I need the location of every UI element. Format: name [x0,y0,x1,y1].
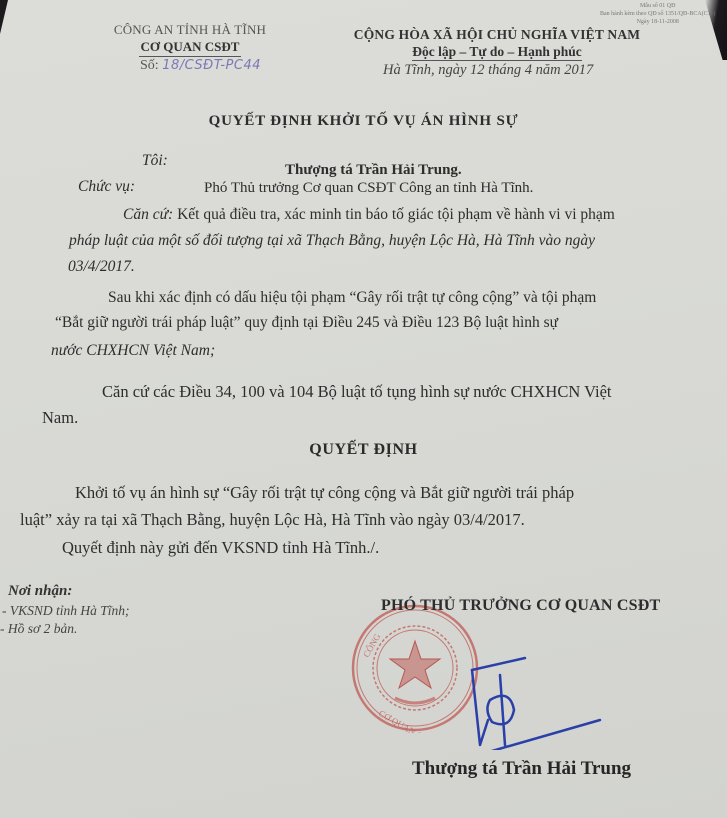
issuing-agency-block: CÔNG AN TỈNH HÀ TĨNH CƠ QUAN CSĐT [92,22,288,57]
basis-2-line: nước CHXHCN Việt Nam; [51,342,215,360]
position-label: Chức vụ: [78,178,135,196]
document-title: QUYẾT ĐỊNH KHỞI TỐ VỤ ÁN HÌNH SỰ [0,113,727,130]
national-motto: Độc lập – Tự do – Hạnh phúc [412,44,582,61]
decision-line: luật” xảy ra tại xã Thạch Bằng, huyện Lộ… [20,510,525,530]
document-number-label: Số: [140,58,159,73]
form-note-line: Ngày 18-11-2008 [600,18,715,26]
document-number: Số: 18/CSĐT-PC44 [140,58,261,74]
official-seal-icon: CÔNG CƠ QUAN CẢNH SÁT [350,603,480,733]
decision-line: Quyết định này gửi đến VKSND tỉnh Hà Tĩn… [62,538,379,558]
recipients-heading: Nơi nhận: [8,583,72,600]
basis-2-line: “Bắt giữ người trái pháp luật” quy định … [55,314,558,332]
basis-1-line: Căn cứ: Kết quả điều tra, xác minh tin b… [123,206,615,224]
signatory-name: Thượng tá Trần Hải Trung [412,758,631,780]
background-edge [0,0,8,34]
national-header: CỘNG HÒA XÃ HỘI CHỦ NGHĨA VIỆT NAM Độc l… [332,27,662,61]
recipient-item: - Hồ sơ 2 bản. [0,621,77,637]
agency-name: CÔNG AN TỈNH HÀ TĨNH [92,22,288,38]
document-page: Mẫu số 01 QĐ Ban hành kèm theo QĐ số 135… [0,0,727,818]
form-note-line: Ban hành kèm theo QĐ số 1351/QĐ-BCA(C11) [600,10,715,18]
recipient-item: - VKSND tỉnh Hà Tĩnh; [2,603,130,619]
issuer-label: Tôi: [142,152,168,170]
office-name: CƠ QUAN CSĐT [139,39,242,57]
basis-3-line: Nam. [42,408,78,428]
basis-1-line: 03/4/2017. [68,258,135,276]
decision-title: QUYẾT ĐỊNH [0,441,727,459]
decision-line: Khởi tố vụ án hình sự “Gây rối trật tự c… [75,483,574,503]
position-value: Phó Thủ trưởng Cơ quan CSĐT Công an tỉnh… [204,180,533,197]
issuer-name: Thượng tá Trần Hải Trung. [285,162,462,179]
signatory-title: PHÓ THỦ TRƯỞNG CƠ QUAN CSĐT [381,597,660,615]
form-note: Mẫu số 01 QĐ Ban hành kèm theo QĐ số 135… [600,2,715,26]
basis-1-line: pháp luật của một số đối tượng tại xã Th… [69,232,595,250]
place-date: Hà Tĩnh, ngày 12 tháng 4 năm 2017 [383,62,593,79]
basis-3-line: Căn cứ các Điều 34, 100 và 104 Bộ luật t… [102,382,612,402]
basis-text: Kết quả điều tra, xác minh tin báo tố gi… [177,206,615,223]
basis-label: Căn cứ: [123,206,173,223]
document-number-value: 18/CSĐT-PC44 [162,58,261,73]
form-note-line: Mẫu số 01 QĐ [600,2,715,10]
basis-2-line: Sau khi xác định có dấu hiệu tội phạm “G… [108,289,596,307]
signature-icon [470,630,630,750]
republic-name: CỘNG HÒA XÃ HỘI CHỦ NGHĨA VIỆT NAM [332,27,662,43]
